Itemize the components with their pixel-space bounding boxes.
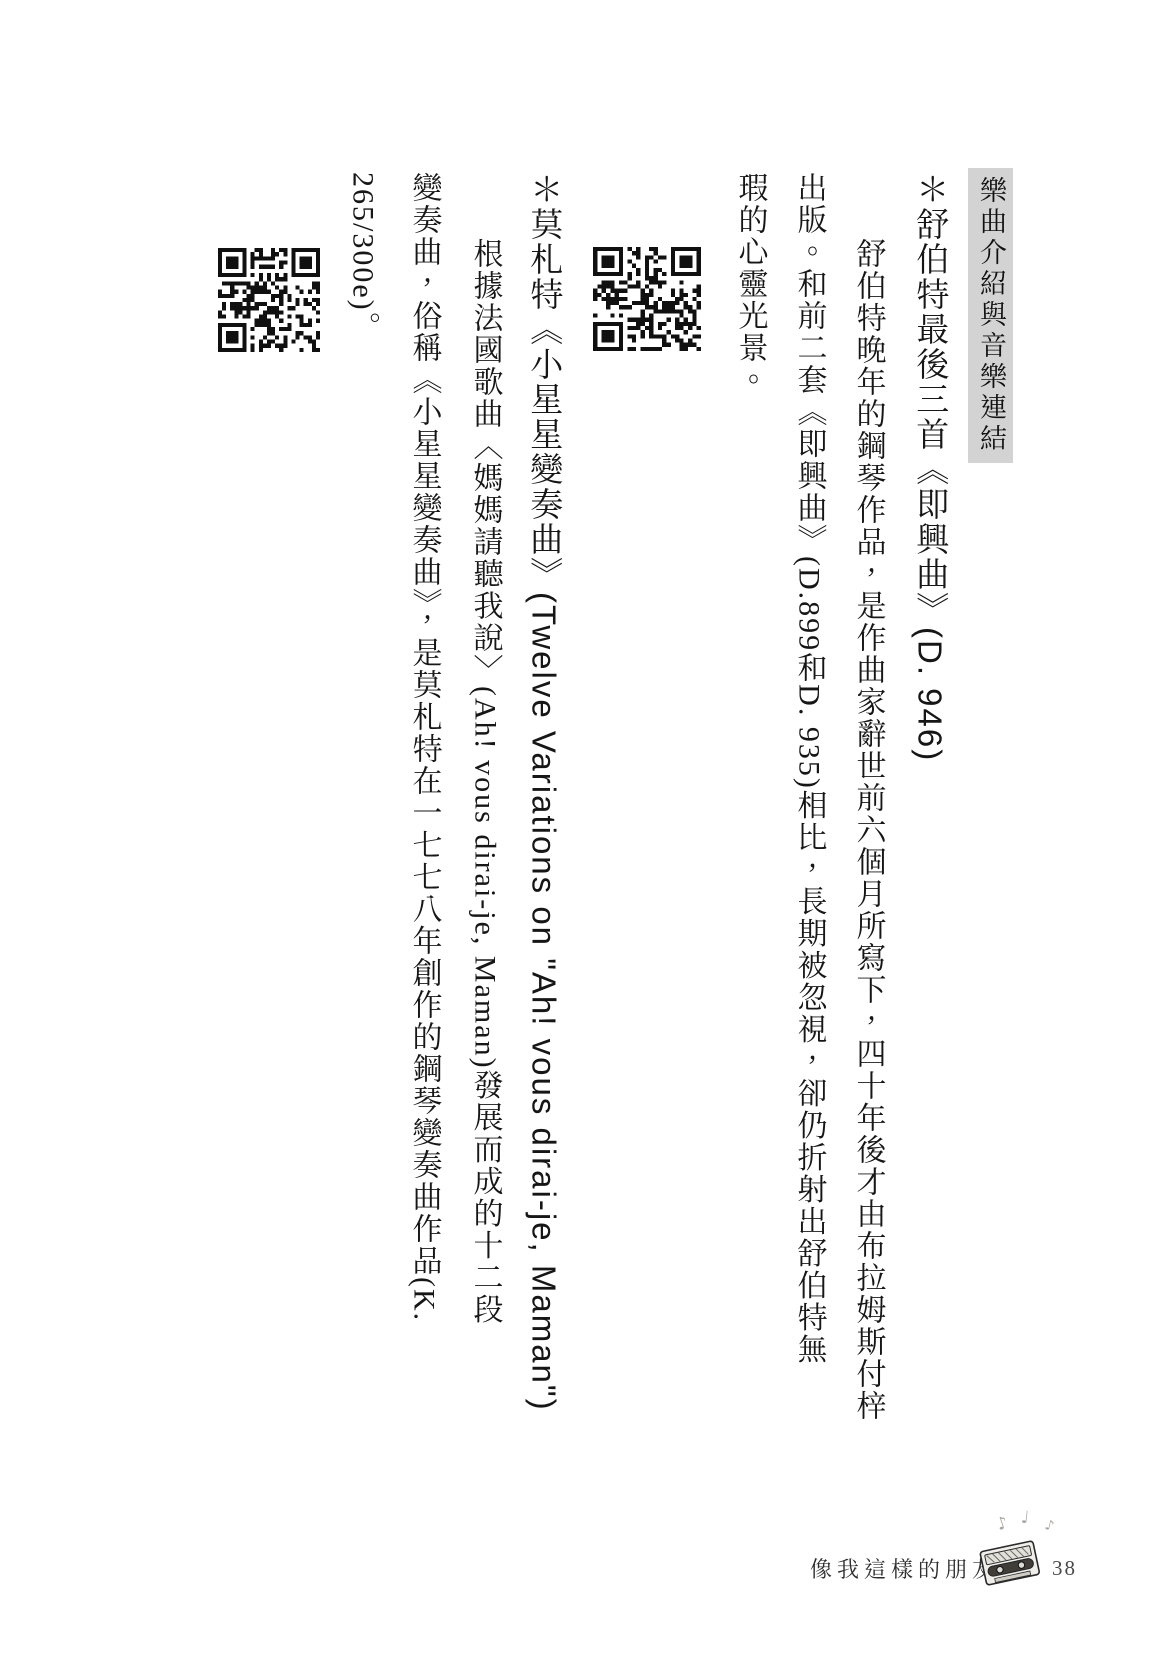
mozart-paragraph-col-1: 根據法國歌曲〈媽媽請聽我說〉(Ah! vous dirai-je, Maman)… <box>466 238 504 1326</box>
section-header-badge: 樂曲介紹與音樂連結 <box>968 168 1013 463</box>
note-icon: ♩ <box>1020 1508 1030 1529</box>
mozart-heading: ＊莫札特《小星星變奏曲》(Twelve Variations on "Ah! v… <box>522 172 564 1412</box>
book-page: 樂曲介紹與音樂連結 ＊舒伯特最後三首《即興曲》(D. 946) 舒伯特晚年的鋼琴… <box>0 0 1166 1654</box>
mozart-paragraph-col-2: 變奏曲，俗稱《小星星變奏曲》，是莫札特在一七七八年創作的鋼琴變奏曲作品(K. <box>405 172 443 1322</box>
schubert-paragraph-col-1: 舒伯特晚年的鋼琴作品，是作曲家辭世前六個月所寫下，四十年後才由布拉姆斯付梓 <box>849 238 887 1422</box>
mozart-heading-latin: (Twelve Variations on "Ah! vous dirai-je… <box>525 592 562 1412</box>
qr-code-mozart <box>218 248 320 352</box>
schubert-paragraph-col-2: 出版。和前二套《即興曲》(D.899和D. 935)相比，長期被忽視，卻仍折射出… <box>790 172 828 1366</box>
note-icon: ♪ <box>1043 1517 1056 1535</box>
cassette-tape-icon <box>978 1534 1042 1590</box>
schubert-heading-cjk: ＊舒伯特最後三首《即興曲》 <box>911 172 947 627</box>
schubert-heading-latin: (D. 946) <box>911 627 948 762</box>
mozart-heading-cjk: ＊莫札特《小星星變奏曲》 <box>525 172 561 592</box>
note-icon: ♪ <box>994 1513 1011 1535</box>
schubert-paragraph-col-3: 瑕的心靈光景。 <box>731 172 769 396</box>
page-number: 38 <box>1052 1556 1077 1581</box>
qr-code-schubert <box>593 247 701 351</box>
footer-book-title: 像我這樣的朋友 <box>810 1553 999 1584</box>
mozart-paragraph-col-3: 265/300e)。 <box>344 172 382 344</box>
schubert-heading: ＊舒伯特最後三首《即興曲》(D. 946) <box>908 172 950 762</box>
